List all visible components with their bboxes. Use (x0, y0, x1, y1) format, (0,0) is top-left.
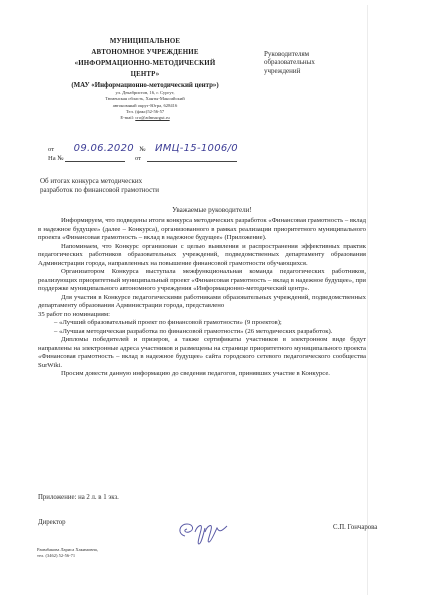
scan-edge-line (367, 5, 368, 595)
org-name-line: МУНИЦИПАЛЬНОЕ (50, 36, 240, 47)
recipient-line: учреждений (264, 67, 364, 75)
signatory-title: Директор (38, 519, 66, 526)
org-short-name: (МАУ «Информационно-методический центр») (50, 81, 240, 90)
body-paragraph: Организатором Конкурса выступала межфунк… (38, 268, 366, 294)
letter-page: МУНИЦИПАЛЬНОЕ АВТОНОМНОЕ УЧРЕЖДЕНИЕ «ИНФ… (0, 0, 424, 599)
recipient-line: Руководителям (264, 50, 364, 58)
letter-subject: Об итогах конкурса методических разработ… (40, 177, 240, 195)
body-paragraph: Напоминаем, что Конкурс организован с це… (38, 243, 366, 269)
org-name-line: АВТОНОМНОЕ УЧРЕЖДЕНИЕ (50, 47, 240, 58)
body-paragraph: Для участия в Конкурсе педагогическими р… (38, 294, 366, 311)
in-reply-date-line (147, 153, 237, 162)
in-reply-label: На № (48, 155, 64, 162)
email-link[interactable]: cro@admsurgut.ru (135, 115, 169, 120)
number-label: № (139, 146, 153, 153)
nominations-intro: 35 работ по номинациям: (38, 311, 366, 320)
org-name-line: «ИНФОРМАЦИОННО-МЕТОДИЧЕСКИЙ (50, 58, 240, 69)
signatory-name: С.П. Гончарова (333, 524, 377, 531)
nomination-item: – «Лучшая методическая разработка по фин… (38, 328, 366, 337)
in-reply-number-line (65, 153, 125, 162)
in-reply-date-label: от (135, 155, 141, 162)
recipient-line: образовательных (264, 58, 364, 66)
attachment-note: Приложение: на 2 л. в 1 экз. (38, 494, 119, 501)
signature-icon (175, 514, 235, 550)
nomination-item: – «Лучший образовательный проект по фина… (38, 319, 366, 328)
date-label: от (48, 146, 72, 153)
organization-header: МУНИЦИПАЛЬНОЕ АВТОНОМНОЕ УЧРЕЖДЕНИЕ «ИНФ… (50, 36, 240, 121)
body-paragraph: Дипломы победителей и призеров, а также … (38, 336, 366, 370)
body-paragraph: Информируем, что подведены итоги конкурс… (38, 217, 366, 243)
body-paragraph: Просим довести данную информацию до свед… (38, 370, 366, 379)
email-label: E-mail: (120, 115, 135, 120)
org-email-line: E-mail: cro@admsurgut.ru (50, 115, 240, 121)
recipient-block: Руководителям образовательных учреждений (264, 50, 364, 75)
letter-body: Информируем, что подведены итоги конкурс… (38, 217, 366, 379)
executor-block: Раимбакова Лариса Хакимовна, тел. (3462)… (37, 547, 98, 560)
subject-line: Об итогах конкурса методических (40, 177, 240, 186)
subject-line: разработок по финансовой грамотности (40, 186, 240, 195)
salutation: Уважаемые руководители! (0, 206, 424, 214)
in-reply-reference: На № от (48, 153, 237, 162)
executor-phone: тел. (3462) 52-56-71 (37, 553, 98, 559)
org-name-line: ЦЕНТР» (50, 69, 240, 80)
